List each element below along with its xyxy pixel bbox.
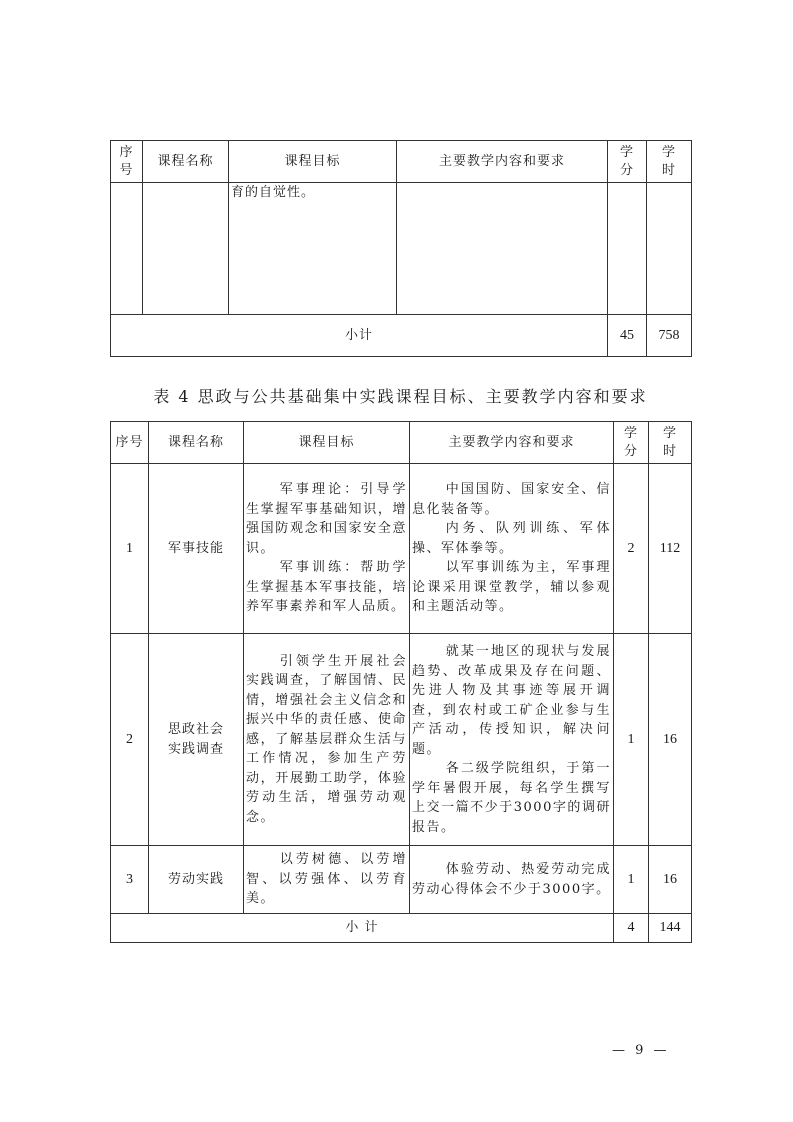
cell-content: 就某一地区的现状与发展趋势、改革成果及存在问题、先进人物及其事迹等展开调查，到农… bbox=[410, 634, 614, 846]
header-credit-line2: 分 bbox=[620, 163, 634, 178]
subtotal-hours: 144 bbox=[649, 914, 692, 943]
header-course-name: 课程名称 bbox=[149, 422, 244, 464]
cell-name: 劳动实践 bbox=[149, 846, 244, 914]
table-continued: 序 号 课程名称 课程目标 主要教学内容和要求 学 分 学 时 育的自觉性。 小… bbox=[110, 140, 692, 357]
table-header-row: 序 号 课程名称 课程目标 主要教学内容和要求 学 分 学 时 bbox=[111, 141, 692, 183]
header-hours-line2: 时 bbox=[662, 163, 676, 178]
header-credit: 学 分 bbox=[614, 422, 649, 464]
subtotal-credit: 4 bbox=[614, 914, 649, 943]
header-credit-line2: 分 bbox=[624, 444, 638, 459]
cell-hours: 16 bbox=[649, 634, 692, 846]
header-seq-line1: 序 bbox=[119, 145, 133, 160]
cell-name-line2: 实践调查 bbox=[168, 742, 224, 757]
cell-goal: 育的自觉性。 bbox=[229, 183, 397, 315]
table-row: 3 劳动实践 以劳树德、以劳增智、以劳强体、以劳育美。 体验劳动、热爱劳动完成劳… bbox=[111, 846, 692, 914]
cell-goal: 引领学生开展社会实践调查，了解国情、民情，增强社会主义信念和振兴中华的责任感、使… bbox=[244, 634, 410, 846]
header-hours-line2: 时 bbox=[663, 444, 677, 459]
header-credit-line1: 学 bbox=[620, 145, 634, 160]
subtotal-row: 小计 45 758 bbox=[111, 315, 692, 357]
cell-goal: 以劳树德、以劳增智、以劳强体、以劳育美。 bbox=[244, 846, 410, 914]
content-paragraph: 各二级学院组织，于第一学年暑假开展，每名学生撰写上交一篇不少于3000字的调研报… bbox=[412, 759, 611, 837]
cell-seq: 2 bbox=[111, 634, 149, 846]
header-course-name: 课程名称 bbox=[143, 141, 229, 183]
subtotal-row: 小 计 4 144 bbox=[111, 914, 692, 943]
cell-credit bbox=[608, 183, 647, 315]
header-hours: 学 时 bbox=[649, 422, 692, 464]
content-paragraph: 以军事训练为主，军事理论课采用课堂教学，辅以参观和主题活动等。 bbox=[412, 558, 611, 617]
cell-content bbox=[397, 183, 608, 315]
cell-seq: 3 bbox=[111, 846, 149, 914]
header-hours-line1: 学 bbox=[663, 426, 677, 441]
header-course-goal: 课程目标 bbox=[244, 422, 410, 464]
cell-seq bbox=[111, 183, 143, 315]
header-seq-line2: 号 bbox=[119, 163, 133, 178]
goal-paragraph: 引领学生开展社会实践调查，了解国情、民情，增强社会主义信念和振兴中华的责任感、使… bbox=[246, 652, 407, 828]
header-credit: 学 分 bbox=[608, 141, 647, 183]
header-seq: 序 号 bbox=[111, 141, 143, 183]
cell-credit: 1 bbox=[614, 846, 649, 914]
header-content: 主要教学内容和要求 bbox=[397, 141, 608, 183]
cell-credit: 1 bbox=[614, 634, 649, 846]
goal-paragraph: 以劳树德、以劳增智、以劳强体、以劳育美。 bbox=[246, 850, 407, 909]
table-caption: 表 4 思政与公共基础集中实践课程目标、主要教学内容和要求 bbox=[110, 384, 691, 407]
cell-hours: 16 bbox=[649, 846, 692, 914]
content-paragraph: 就某一地区的现状与发展趋势、改革成果及存在问题、先进人物及其事迹等展开调查，到农… bbox=[412, 642, 611, 759]
cell-hours bbox=[647, 183, 692, 315]
table-row: 1 军事技能 军事理论：引导学生掌握军事基础知识，增强国防观念和国家安全意识。 … bbox=[111, 464, 692, 634]
content-paragraph: 体验劳动、热爱劳动完成劳动心得体会不少于3000字。 bbox=[412, 860, 611, 899]
subtotal-hours: 758 bbox=[647, 315, 692, 357]
cell-name: 思政社会 实践调查 bbox=[149, 634, 244, 846]
cell-name bbox=[143, 183, 229, 315]
header-hours: 学 时 bbox=[647, 141, 692, 183]
cell-name: 军事技能 bbox=[149, 464, 244, 634]
table-row: 育的自觉性。 bbox=[111, 183, 692, 315]
table-row: 2 思政社会 实践调查 引领学生开展社会实践调查，了解国情、民情，增强社会主义信… bbox=[111, 634, 692, 846]
table-header-row: 序号 课程名称 课程目标 主要教学内容和要求 学 分 学 时 bbox=[111, 422, 692, 464]
header-credit-line1: 学 bbox=[624, 426, 638, 441]
header-seq: 序号 bbox=[111, 422, 149, 464]
goal-paragraph: 军事理论：引导学生掌握军事基础知识，增强国防观念和国家安全意识。 bbox=[246, 480, 407, 558]
subtotal-label: 小计 bbox=[111, 315, 608, 357]
header-course-goal: 课程目标 bbox=[229, 141, 397, 183]
goal-paragraph: 军事训练：帮助学生掌握基本军事技能，培养军事素养和军人品质。 bbox=[246, 558, 407, 617]
cell-seq: 1 bbox=[111, 464, 149, 634]
cell-content: 体验劳动、热爱劳动完成劳动心得体会不少于3000字。 bbox=[410, 846, 614, 914]
table-practice-courses: 序号 课程名称 课程目标 主要教学内容和要求 学 分 学 时 1 军事技能 军事… bbox=[110, 421, 692, 943]
cell-name-line1: 思政社会 bbox=[168, 722, 224, 737]
cell-credit: 2 bbox=[614, 464, 649, 634]
page-number: — 9 — bbox=[612, 1043, 670, 1058]
cell-hours: 112 bbox=[649, 464, 692, 634]
subtotal-credit: 45 bbox=[608, 315, 647, 357]
subtotal-label: 小 计 bbox=[111, 914, 614, 943]
header-content: 主要教学内容和要求 bbox=[410, 422, 614, 464]
content-paragraph: 中国国防、国家安全、信息化装备等。 bbox=[412, 480, 611, 519]
cell-goal: 军事理论：引导学生掌握军事基础知识，增强国防观念和国家安全意识。 军事训练：帮助… bbox=[244, 464, 410, 634]
content-paragraph: 内务、队列训练、军体操、军体拳等。 bbox=[412, 519, 611, 558]
header-hours-line1: 学 bbox=[662, 145, 676, 160]
cell-content: 中国国防、国家安全、信息化装备等。 内务、队列训练、军体操、军体拳等。 以军事训… bbox=[410, 464, 614, 634]
